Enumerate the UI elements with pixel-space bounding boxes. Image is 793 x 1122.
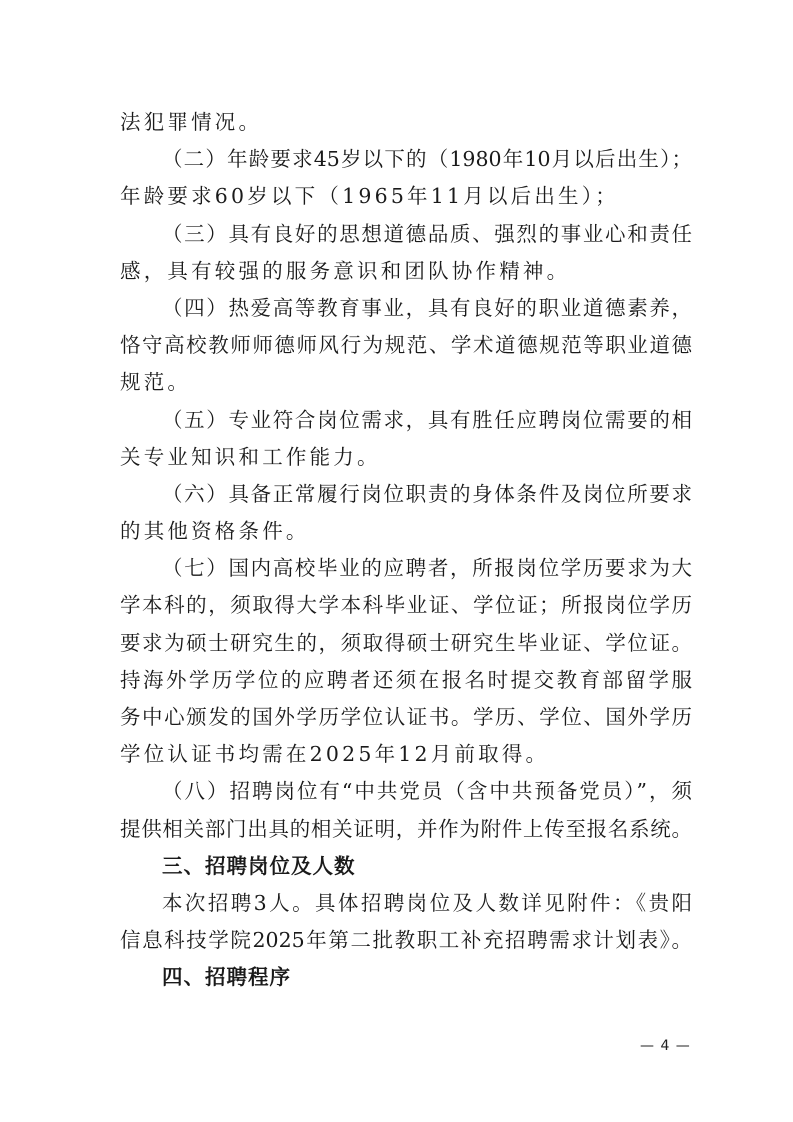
text-line: 学本科的，须取得大学本科毕业证、学位证；所报岗位学历 — [120, 587, 692, 624]
section-heading-positions: 三、招聘岗位及人数 — [120, 848, 692, 885]
text-line: 学位认证书均需在2025年12月前取得。 — [120, 736, 692, 773]
text-line: 法犯罪情况。 — [120, 104, 692, 141]
text-line: 的其他资格条件。 — [120, 513, 692, 550]
requirement-item-7: （七）国内高校毕业的应聘者，所报岗位学历要求为大 — [120, 550, 692, 587]
text-line: 提供相关部门出具的相关证明，并作为附件上传至报名系统。 — [120, 811, 692, 848]
page-number: — 4 — — [640, 1038, 691, 1054]
requirement-item-5: （五）专业符合岗位需求，具有胜任应聘岗位需要的相 — [120, 402, 692, 439]
text-line: 信息科技学院2025年第二批教职工补充招聘需求计划表》。 — [120, 922, 692, 959]
requirement-item-6: （六）具备正常履行岗位职责的身体条件及岗位所要求 — [120, 476, 692, 513]
text-line: 要求为硕士研究生的，须取得硕士研究生毕业证、学位证。 — [120, 625, 692, 662]
text-line: 关专业知识和工作能力。 — [120, 439, 692, 476]
text-line: 本次招聘3人。具体招聘岗位及人数详见附件：《贵阳 — [120, 885, 692, 922]
text-line: 规范。 — [120, 364, 692, 401]
requirement-item-2: （二）年龄要求45岁以下的（1980年10月以后出生）； — [120, 141, 692, 178]
text-line: 感，具有较强的服务意识和团队协作精神。 — [120, 253, 692, 290]
requirement-item-8: （八）招聘岗位有“中共党员（含中共预备党员）”，须 — [120, 773, 692, 810]
text-line: 恪守高校教师师德师风行为规范、学术道德规范等职业道德 — [120, 327, 692, 364]
document-page: 法犯罪情况。 （二）年龄要求45岁以下的（1980年10月以后出生）； 年龄要求… — [120, 104, 692, 997]
requirement-item-3: （三）具有良好的思想道德品质、强烈的事业心和责任 — [120, 216, 692, 253]
text-line: 务中心颁发的国外学历学位认证书。学历、学位、国外学历 — [120, 699, 692, 736]
section-heading-procedure: 四、招聘程序 — [120, 959, 692, 996]
text-line: 年龄要求60岁以下（1965年11月以后出生）； — [120, 178, 692, 215]
requirement-item-4: （四）热爱高等教育事业，具有良好的职业道德素养， — [120, 290, 692, 327]
text-line: 持海外学历学位的应聘者还须在报名时提交教育部留学服 — [120, 662, 692, 699]
